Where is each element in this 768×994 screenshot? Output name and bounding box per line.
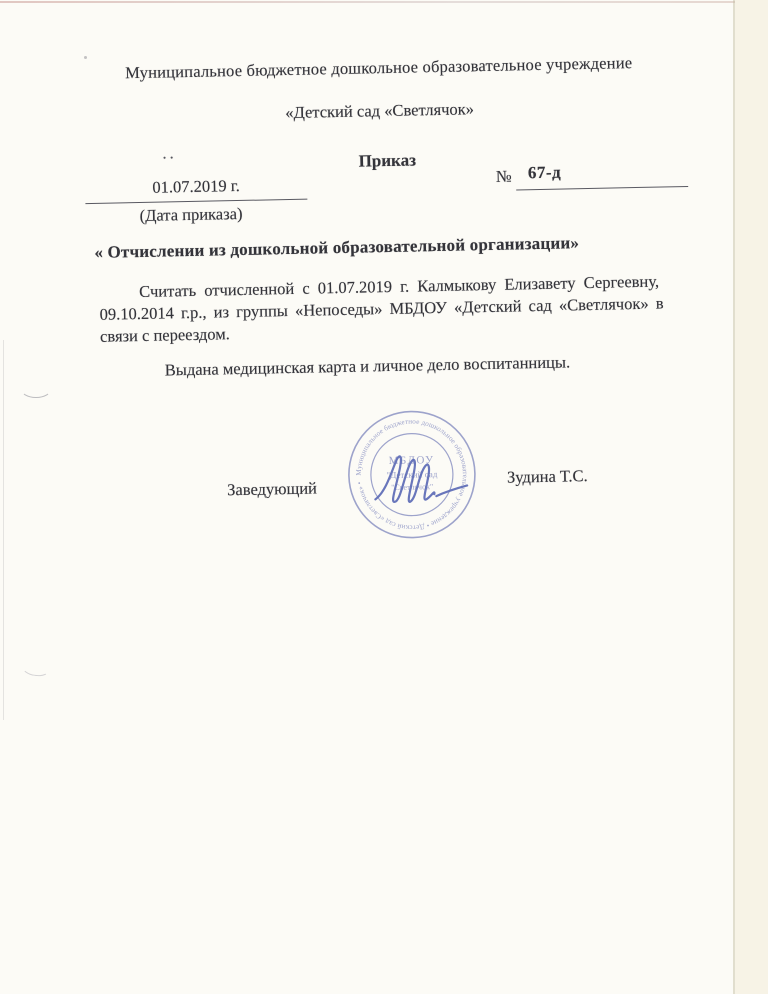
order-date-caption: (Дата приказа): [139, 204, 242, 226]
order-heading: Приказ: [358, 150, 416, 171]
order-number-underline: [516, 186, 688, 190]
order-date-value: 01.07.2019 г.: [85, 175, 307, 204]
signature-role-label: Заведующий: [227, 479, 317, 501]
signature-name-label: Зудина Т.С.: [507, 466, 588, 488]
issued-documents-line: Выдана медицинская карта и личное дело в…: [165, 352, 571, 380]
scanned-order-document: Муниципальное бюджетное дошкольное образ…: [0, 0, 768, 994]
round-stamp: Муниципальное бюджетное дошкольное образ…: [337, 400, 486, 549]
order-number-sign: №: [496, 167, 512, 187]
order-number-value: 67-д: [528, 163, 562, 184]
order-subject-title: « Отчислении из дошкольной образовательн…: [94, 233, 579, 263]
organization-name-line2: «Детский сад «Светлячок»: [0, 93, 764, 128]
document-content: Муниципальное бюджетное дошкольное образ…: [0, 0, 768, 994]
organization-name-line1: Муниципальное бюджетное дошкольное образ…: [0, 50, 763, 85]
date-dots-mark: ..: [162, 143, 177, 163]
